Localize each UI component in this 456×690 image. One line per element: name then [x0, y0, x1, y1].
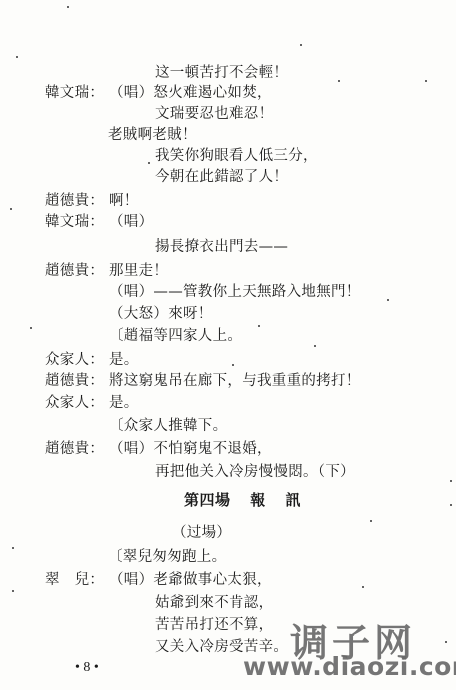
scan-speck: [314, 345, 316, 347]
scene-title-part: 訊: [286, 491, 302, 509]
line-text: 〔趙福等四家人上。: [109, 328, 242, 344]
dialogue-line: 老賊啊老賊！: [108, 126, 197, 144]
scan-speck: [232, 364, 234, 366]
line-text: （过場）: [172, 525, 231, 541]
line-text: （唱）老爺做事心太狠，: [109, 571, 272, 589]
scan-speck: [10, 208, 12, 210]
line-text: 姑爺到來不肯認，: [155, 595, 273, 611]
scan-speck: [67, 6, 69, 8]
speaker-name: 韓文瑞：: [45, 84, 104, 102]
line-text: 〔众家人推韓下。: [109, 418, 227, 434]
page-number: • 8 •: [75, 660, 99, 676]
speaker-name: 趙德貴：: [45, 440, 104, 458]
verse-line: 姑爺到來不肯認，: [155, 594, 273, 612]
verse-line: 文瑞要忍也难忍！: [155, 105, 273, 123]
scan-speck: [16, 56, 18, 58]
speaker-name: 众家人：: [45, 351, 104, 369]
verse-line: 这一頓苦打不会輕！: [155, 64, 288, 82]
scene-number: 第四場: [184, 491, 231, 509]
line-text: （唱）: [109, 213, 153, 231]
stage-direction: （过場）: [172, 524, 231, 542]
scene-title-part: 報: [250, 491, 266, 509]
verse-line: 再把他关入冷房慢慢悶。（下）: [155, 463, 355, 481]
speaker-name: 翠 兒：: [45, 571, 104, 589]
line-text: 〔翠兒匆匆跑上。: [108, 549, 226, 565]
line-text: 今朝在此錯認了人！: [155, 169, 288, 185]
line-text: 那里走！: [109, 262, 168, 280]
scanned-page: 这一頓苦打不会輕！ 韓文瑞： （唱）怒火难遏心如焚， 文瑞要忍也难忍！ 老賊啊老…: [0, 0, 456, 690]
scan-speck: [445, 641, 447, 643]
line-text: 老賊啊老賊！: [108, 127, 197, 143]
stage-direction: 〔翠兒匆匆跑上。: [108, 548, 226, 566]
dialogue-line: （大怒）來呀！: [109, 305, 213, 323]
line-text: 再把他关入冷房慢慢悶。（下）: [155, 464, 355, 480]
scan-speck: [425, 80, 427, 82]
speaker-name: 趙德貴：: [45, 372, 104, 390]
line-text: 是。: [109, 351, 139, 369]
stage-direction: 〔众家人推韓下。: [109, 417, 227, 435]
scene-heading: 第四場 報 訊: [184, 491, 315, 509]
scan-speck: [338, 80, 340, 82]
speaker-name: 趙德貴：: [45, 262, 104, 280]
speaker-name: 众家人：: [45, 394, 104, 412]
scan-speck: [300, 44, 302, 46]
scan-speck: [387, 299, 389, 301]
scan-speck: [370, 520, 372, 522]
line-text: 揚長撩衣出門去——: [155, 239, 288, 255]
line-text: 文瑞要忍也难忍！: [155, 106, 273, 122]
line-text: （唱）怒火难遏心如焚，: [109, 84, 272, 102]
line-text: 苦苦吊打还不算，: [155, 617, 273, 633]
line-text: （唱）——管教你上天無路入地無門！: [109, 284, 361, 300]
scan-speck: [362, 586, 364, 588]
verse-line: 揚長撩衣出門去——: [155, 238, 288, 256]
line-text: （大怒）來呀！: [109, 306, 213, 322]
line-text: 是。: [109, 394, 139, 412]
scan-speck: [450, 480, 452, 482]
line-text: 这一頓苦打不会輕！: [155, 65, 288, 81]
speaker-name: 趙德貴：: [45, 192, 104, 210]
line-text: 啊！: [109, 192, 139, 210]
verse-line: 今朝在此錯認了人！: [155, 168, 288, 186]
scan-speck: [30, 327, 32, 329]
scan-speck: [258, 325, 260, 327]
verse-line: 我笑你狗眼看人低三分，: [155, 147, 318, 165]
dialogue-line: （唱）——管教你上天無路入地無門！: [109, 283, 361, 301]
line-text: （唱）不怕窮鬼不退婚，: [109, 440, 272, 458]
scan-speck: [12, 590, 14, 592]
verse-line: 苦苦吊打还不算，: [155, 616, 273, 634]
scan-speck: [148, 162, 150, 164]
line-text: 將这窮鬼吊在廊下，与我重重的拷打！: [109, 372, 361, 390]
watermark-url: www.diaozi.com: [243, 652, 456, 681]
scan-speck: [450, 504, 452, 506]
speaker-name: 韓文瑞：: [45, 213, 104, 231]
scan-speck: [12, 547, 14, 549]
line-text: 我笑你狗眼看人低三分，: [155, 148, 318, 164]
stage-direction: 〔趙福等四家人上。: [109, 327, 242, 345]
